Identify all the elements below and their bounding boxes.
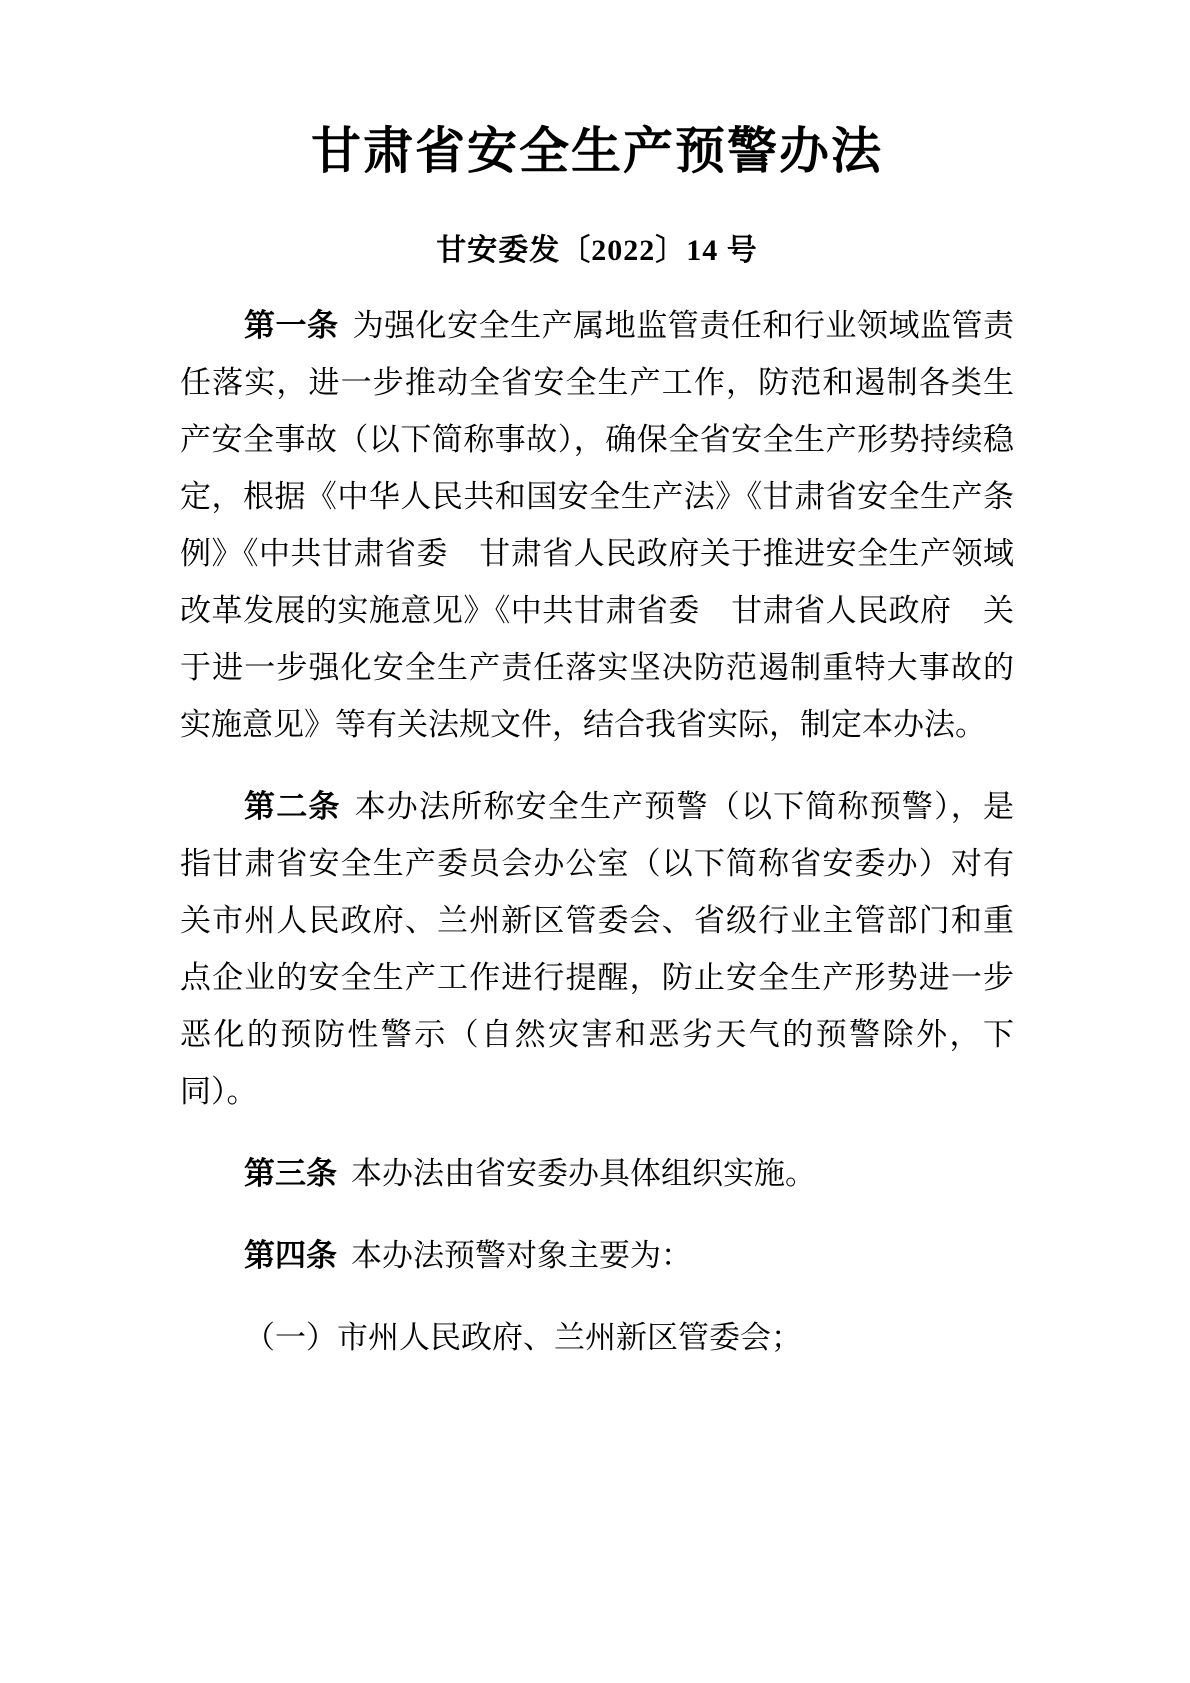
article-1-text: 为强化安全生产属地监管责任和行业领域监管责任落实，进一步推动全省安全生产工作，防… [180,308,1014,742]
article-3-text: 本办法由省安委办具体组织实施。 [351,1156,816,1191]
paragraph-article-3: 第三条本办法由省安委办具体组织实施。 [180,1145,1014,1202]
article-3-label: 第三条 [244,1156,337,1191]
doc-number: 甘安委发〔2022〕14 号 [180,230,1014,272]
article-4-text: 本办法预警对象主要为： [351,1238,692,1273]
article-4-label: 第四条 [244,1238,337,1273]
document-page: 甘肃省安全生产预警办法 甘安委发〔2022〕14 号 第一条为强化安全生产属地监… [0,0,1190,1683]
document-body: 第一条为强化安全生产属地监管责任和行业领域监管责任落实，进一步推动全省安全生产工… [180,297,1014,1366]
page-title: 甘肃省安全生产预警办法 [180,118,1014,184]
paragraph-article-4: 第四条本办法预警对象主要为： [180,1227,1014,1284]
article-2-text: 本办法所称安全生产预警（以下简称预警），是指甘肃省安全生产委员会办公室（以下简称… [180,789,1014,1109]
item-1-text: （一）市州人民政府、兰州新区管委会； [244,1320,802,1355]
paragraph-article-2: 第二条本办法所称安全生产预警（以下简称预警），是指甘肃省安全生产委员会办公室（以… [180,778,1014,1120]
paragraph-item-1: （一）市州人民政府、兰州新区管委会； [180,1309,1014,1366]
paragraph-article-1: 第一条为强化安全生产属地监管责任和行业领域监管责任落实，进一步推动全省安全生产工… [180,297,1014,753]
article-1-label: 第一条 [244,308,339,343]
article-2-label: 第二条 [244,789,341,824]
